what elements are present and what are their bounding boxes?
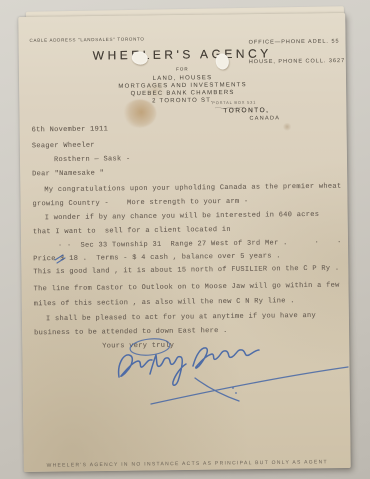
body-line: The line from Castor to Outlook on to Mo… <box>34 281 340 293</box>
body-line: Price $ 18 . Terms - $ 4 cash , balance … <box>33 252 281 263</box>
letter-date: 6th November 1911 <box>32 125 109 134</box>
body-line: · · Sec 33 Township 31 Range 27 West of … <box>58 238 342 249</box>
closing: Yours very truly <box>102 341 174 350</box>
recipient-address: Rosthern — Sask - <box>54 155 131 164</box>
photo-background: CABLE ADDRESS "LANDSALES" TORONTO OFFICE… <box>0 0 370 479</box>
body-line: business to be attended to down East her… <box>34 326 228 336</box>
signature-transcript: W Rupert Wheeler <box>0 0 1 1</box>
body-line: I wonder if by any chance you will be in… <box>45 210 320 221</box>
office-phone: OFFICE—PHONE ADEL. 55 <box>249 38 345 46</box>
body-line: I shall be pleased to act for you at any… <box>46 311 316 322</box>
cable-address: CABLE ADDRESS "LANDSALES" TORONTO <box>29 36 144 42</box>
letter-paper: CABLE ADDRESS "LANDSALES" TORONTO OFFICE… <box>18 13 351 472</box>
salutation: Dear "Namesake " <box>32 169 104 178</box>
postal-box: POSTAL BOX 531 <box>212 100 256 105</box>
body-line: that I want to sell for a client located… <box>33 225 231 235</box>
body-line: miles of this section , as also will the… <box>34 297 295 308</box>
letter-content: CABLE ADDRESS "LANDSALES" TORONTO OFFICE… <box>18 13 351 472</box>
footer-disclaimer: WHEELER'S AGENCY IN NO INSTANCE ACTS AS … <box>24 459 351 468</box>
city-name: TORONTO, <box>223 106 269 114</box>
country-name: CANADA <box>249 115 280 121</box>
body-line: This is good land , it is about 15 north… <box>33 264 339 276</box>
body-line: growing Country - More strength to your … <box>32 197 248 208</box>
recipient-name: Seager Wheeler <box>32 141 95 150</box>
body-line: My congratulations upon your upholding C… <box>44 182 341 194</box>
